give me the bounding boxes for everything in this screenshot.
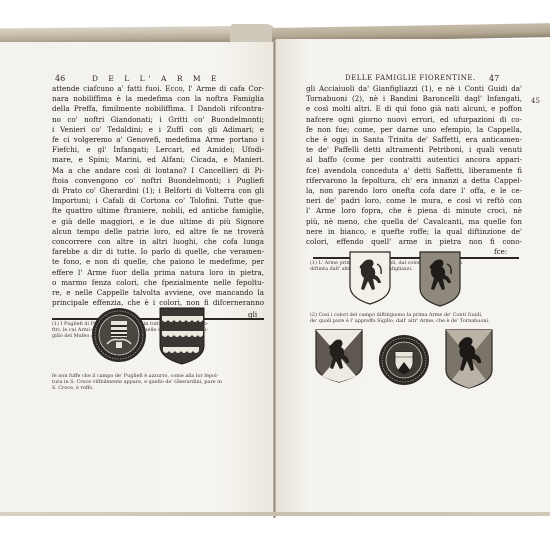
text-line: te fono, e non di quelle, che paiono le … — [52, 257, 264, 267]
text-line: più, nè meno, che quella de' Cavalcanti,… — [306, 217, 522, 227]
text-line: Ma a che andare così di lontano? I Cance… — [52, 166, 264, 176]
text-line: effere l' Arme fuor della prima natura l… — [52, 268, 264, 278]
text-line: attende ciafcuno a' fatti fuoi. Ecco, l'… — [52, 84, 264, 94]
right-body-text: gli Acciaiuoli da' Gianfigliazzi (1), e … — [306, 84, 522, 247]
text-line: i Venieri co' Tedaldini; e i Zuffi con g… — [52, 125, 264, 135]
text-line: e così molti altri. E di quì fono già na… — [306, 104, 522, 114]
footnote-line: diftinta dall' altra, che è de' Gianfigl… — [310, 266, 522, 272]
text-line: no co' noftri Giandonati; i Gritti co' B… — [52, 115, 264, 125]
footnote-rule — [313, 257, 519, 259]
left-body-text: attende ciafcuno a' fatti fuoi. Ecco, l'… — [52, 84, 264, 308]
text-line: Importuni; i Cafali di Cortona co' Tolof… — [52, 196, 264, 206]
text-line: della Preffa, fimilmente nobiliffima. I … — [52, 104, 264, 114]
text-line: di Prato co' Gherardini (1); i Belforti … — [52, 186, 264, 196]
text-line: che è oggi in Santa Trinita de' Saffetti… — [306, 135, 522, 145]
right-catchword: fce: — [494, 247, 507, 256]
left-footnote-bottom: fe non fuffe che il campo de' Pugliefi è… — [52, 373, 264, 392]
book-gutter — [273, 40, 276, 518]
text-line: mare, e Spini; Marini, ed Alfani; Cicada… — [52, 155, 264, 165]
text-line: e già delle maggiori, e le due ultime di… — [52, 217, 264, 227]
acciaiuoli-shield-figure — [348, 250, 392, 306]
text-line: ftoia convengono co' noftri Buondelmonti… — [52, 176, 264, 186]
tornabuoni-shield-figure — [444, 328, 494, 390]
text-line: re, e nelle Cappelle talvolta avviene, o… — [52, 288, 264, 298]
text-line: la, non parendo loro onefta cofa dare l'… — [306, 186, 522, 196]
text-line: rifervarono la fepoltura, ch' era innanz… — [306, 176, 522, 186]
footnote-line: de' quali pure è l' appreffo Sigillo, da… — [310, 318, 522, 324]
left-page-number: 46 — [55, 74, 65, 83]
text-line: concorrere con altre in altri luoghi, ch… — [52, 237, 264, 247]
right-footnote-2: (2) Così i colori del campo diftinguono … — [310, 312, 522, 324]
bottom-edge — [0, 512, 550, 516]
gherardini-shield-figure — [158, 306, 206, 366]
text-line: l' Arme loro fopra, che è piena di minut… — [306, 206, 522, 216]
top-edge-left-bump — [230, 24, 276, 42]
text-line: gli Acciaiuoli da' Gianfigliazzi (1), e … — [306, 84, 522, 94]
text-line: nafcere ogni giorno nuovi errori, ed ufu… — [306, 115, 522, 125]
conti-guidi-shield-figure — [314, 328, 364, 384]
text-line: fte quattro ultime ftraniere, nobili, ed… — [52, 206, 264, 216]
text-line: nara nobiliffima è la medefima con la no… — [52, 94, 264, 104]
margin-number: 45 — [531, 97, 540, 105]
text-line: fce) avendola conceduta a' detti Saffett… — [306, 166, 522, 176]
text-line: al baffo (come per contratti autentici a… — [306, 155, 522, 165]
gianfigliazzi-shield-figure — [418, 250, 462, 308]
right-footnote-1: (1) L' Arme prima, degli Acciaiuoli, dal… — [310, 260, 522, 272]
pugliesi-seal-figure — [90, 306, 148, 364]
text-line: Tornabuoni (2), nè i Bandini Baroncelli … — [306, 94, 522, 104]
text-line: fe non fue; come, per darne uno efempio,… — [306, 125, 522, 135]
right-running-head: DELLE FAMIGLIE FIORENTINE. — [345, 74, 476, 82]
text-line: neri de' padri loro, come le mura, e cos… — [306, 196, 522, 206]
text-line: fe ci volgeremo a' Genovefi, medefima Ar… — [52, 135, 264, 145]
text-line: nere in bianco, e quefte roffe; la qual … — [306, 227, 522, 237]
text-line: o marmo fenza colori, che fpezialmente n… — [52, 278, 264, 288]
right-page-number: 47 — [489, 74, 499, 83]
text-line: te de' Paffelli detti altramenti Petribo… — [306, 145, 522, 155]
footnote-line: S. Croce, è roffo. — [52, 385, 264, 391]
text-line: alcun tempo delle patrie loro, ed altre … — [52, 227, 264, 237]
open-book: 46 D E L L' A R M E attende ciafcuno a' … — [0, 0, 550, 550]
text-line: colori, effendo quell' arme in pietra no… — [306, 237, 522, 247]
text-line: Fiefchi, e gl' Infangati; Lercari, ed Am… — [52, 145, 264, 155]
conti-guidi-seal-figure — [378, 334, 430, 386]
left-running-head: D E L L' A R M E — [92, 74, 220, 83]
text-line: farebbe a dir di tutte. Io parlo di quel… — [52, 247, 264, 257]
